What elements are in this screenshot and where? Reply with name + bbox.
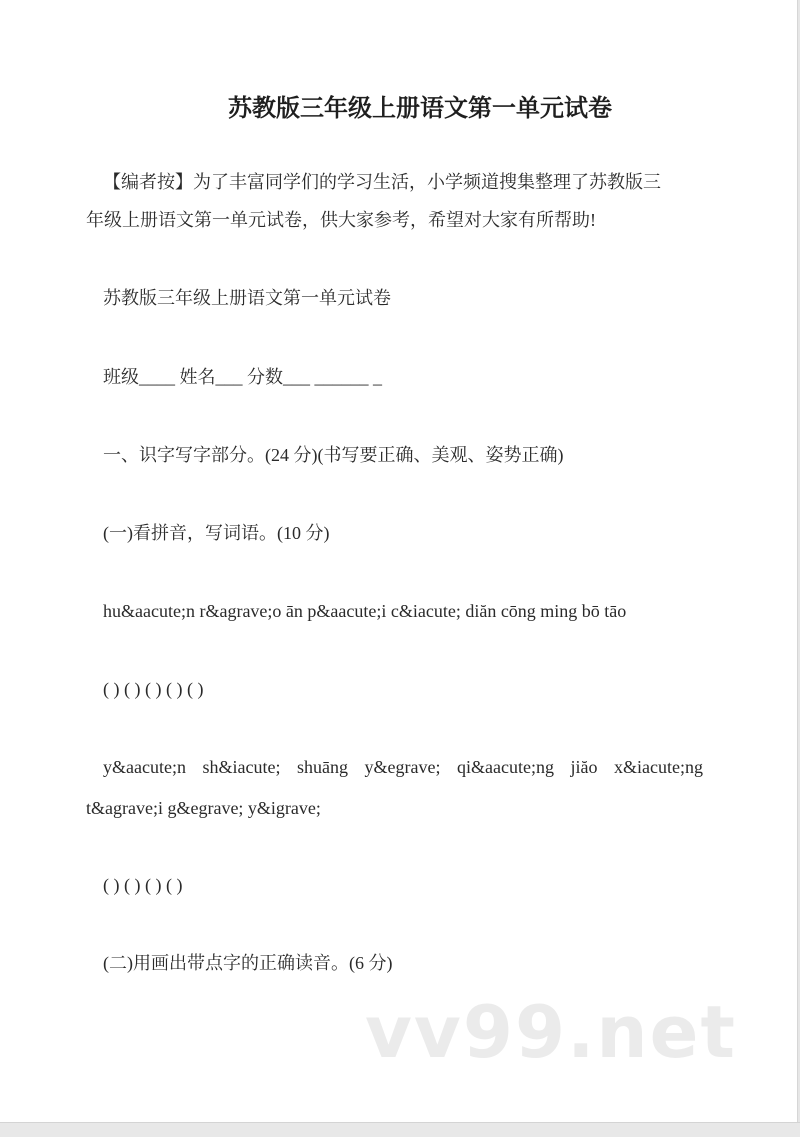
part-1-heading: (一)看拼音，写词语。(10 分) xyxy=(103,521,329,545)
pinyin-word: y&egrave; xyxy=(365,755,441,779)
pinyin-word: y&aacute;n xyxy=(103,755,186,779)
answer-blanks-row-1: ( ) ( ) ( ) ( ) ( ) xyxy=(103,677,203,701)
document-title: 苏教版三年级上册语文第一单元试卷 xyxy=(0,88,800,123)
exam-subtitle: 苏教版三年级上册语文第一单元试卷 xyxy=(103,286,391,310)
pinyin-row-2-continued: t&agrave;i g&egrave; y&igrave; xyxy=(86,796,321,820)
pinyin-word: x&iacute;ng xyxy=(614,755,703,779)
student-info-line: 班级____ 姓名___ 分数___ ______ _ xyxy=(103,365,382,389)
pinyin-word: qi&aacute;ng xyxy=(457,755,554,779)
section-1-heading: 一、识字写字部分。(24 分)(书写要正确、美观、姿势正确) xyxy=(103,443,563,467)
pinyin-row-2: y&aacute;n sh&iacute; shuāng y&egrave; q… xyxy=(103,755,703,779)
answer-blanks-row-2: ( ) ( ) ( ) ( ) xyxy=(103,873,182,897)
watermark: vv99.net xyxy=(365,990,737,1074)
pinyin-row-1: hu&aacute;n r&agrave;o ān p&aacute;i c&i… xyxy=(103,599,626,623)
editor-note-line-2: 年级上册语文第一单元试卷，供大家参考，希望对大家有所帮助! xyxy=(86,208,596,232)
editor-note-line-1: 【编者按】为了丰富同学们的学习生活，小学频道搜集整理了苏教版三 xyxy=(103,170,661,194)
pinyin-word: shuāng xyxy=(297,755,348,779)
pinyin-word: jiăo xyxy=(570,755,597,779)
document-page: 苏教版三年级上册语文第一单元试卷 【编者按】为了丰富同学们的学习生活，小学频道搜… xyxy=(0,0,797,1122)
page-bottom-edge xyxy=(0,1122,800,1137)
part-2-heading: (二)用画出带点字的正确读音。(6 分) xyxy=(103,951,392,975)
pinyin-word: sh&iacute; xyxy=(202,755,280,779)
